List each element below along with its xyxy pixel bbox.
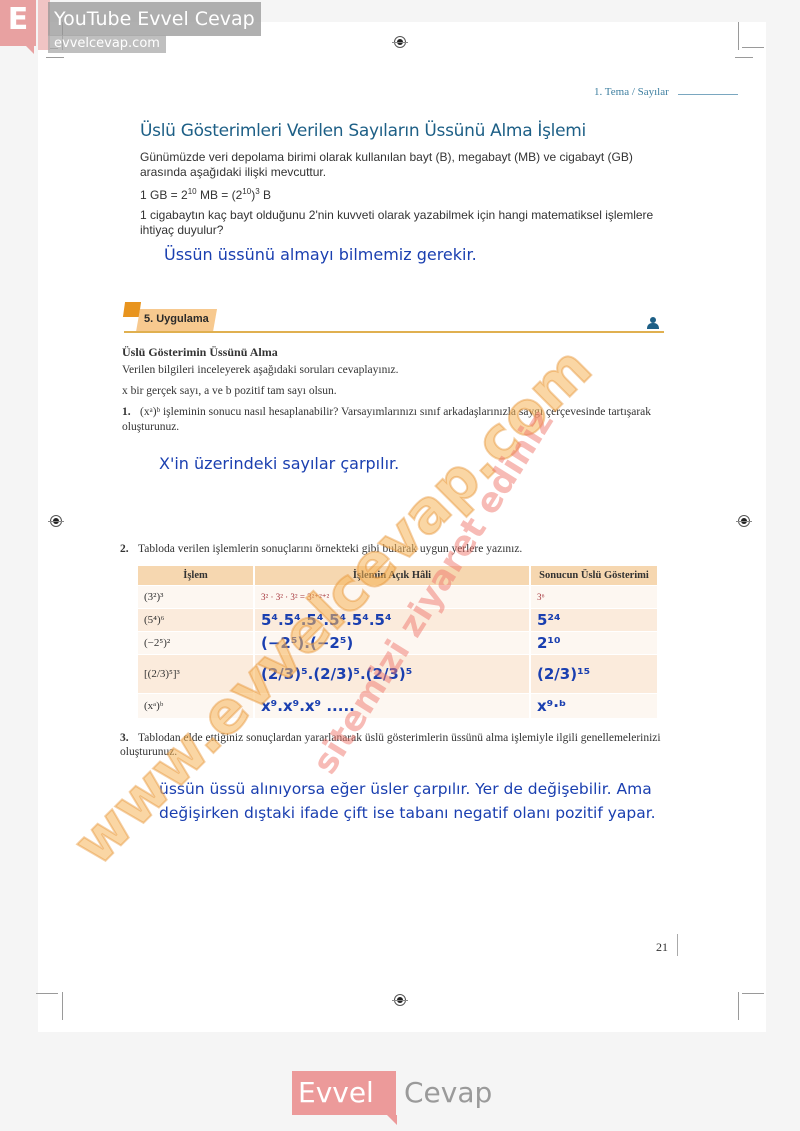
table-row: (xᵃ)ᵇ x⁹.x⁹.x⁹ ..... x⁹·ᵇ bbox=[138, 694, 657, 718]
formula-part: B bbox=[260, 188, 271, 202]
bottom-logo-cevap: Cevap bbox=[404, 1071, 492, 1115]
activity-subtitle: Üslü Gösterimin Üssünü Alma bbox=[122, 345, 278, 360]
theme-underline bbox=[678, 94, 738, 95]
registration-mark-icon bbox=[394, 36, 406, 48]
activity-divider bbox=[124, 331, 664, 333]
question-text: (xᵃ)ᵇ işleminin sonucu nasıl hesaplanabi… bbox=[122, 406, 651, 433]
watermark-channel: YouTube Evvel Cevap bbox=[48, 2, 261, 36]
question-number: 2. bbox=[120, 543, 138, 555]
question-number: 3. bbox=[120, 731, 138, 745]
crop-mark bbox=[742, 47, 764, 48]
column-header: Sonucun Üslü Gösterimi bbox=[531, 566, 657, 585]
question-number: 1. bbox=[122, 405, 140, 420]
crop-mark bbox=[36, 993, 58, 994]
expanded-cell: (2/3)⁵.(2/3)⁵.(2/3)⁵ bbox=[255, 655, 529, 693]
result-cell: 3⁶ bbox=[531, 586, 657, 608]
column-header: İşlemin Açık Hâli bbox=[255, 566, 529, 585]
page-number: 21 bbox=[656, 940, 668, 955]
crop-mark bbox=[738, 22, 739, 50]
table-row: (−2⁵)² (−2⁵).(−2⁵) 2¹⁰ bbox=[138, 632, 657, 654]
watermark-logo: E bbox=[0, 0, 36, 46]
activity-label: 5. Uygulama bbox=[144, 313, 209, 325]
crop-mark bbox=[738, 992, 739, 1020]
bottom-logo-evvel: Evvel bbox=[292, 1071, 396, 1115]
section-title: Üslü Gösterimleri Verilen Sayıların Üssü… bbox=[140, 121, 586, 141]
question-3: 3.Tablodan elde ettiğiniz sonuçlardan ya… bbox=[120, 731, 665, 759]
crop-mark bbox=[742, 993, 764, 994]
theme-breadcrumb: 1. Tema / Sayılar bbox=[594, 86, 669, 98]
individual-work-icon bbox=[647, 317, 659, 329]
operation-cell: (xᵃ)ᵇ bbox=[138, 694, 253, 718]
expanded-cell: 5⁴.5⁴.5⁴.5⁴.5⁴.5⁴ bbox=[255, 609, 529, 631]
registration-mark-icon bbox=[50, 515, 62, 527]
formula-part: MB = (2 bbox=[197, 188, 243, 202]
formula-exponent: 10 bbox=[188, 187, 197, 196]
operations-table: İşlem İşlemin Açık Hâli Sonucun Üslü Gös… bbox=[136, 565, 659, 719]
result-cell: x⁹·ᵇ bbox=[531, 694, 657, 718]
registration-mark-icon bbox=[738, 515, 750, 527]
watermark-site: evvelcevap.com bbox=[48, 35, 166, 53]
question-text: Tablodan elde ettiğiniz sonuçlardan yara… bbox=[120, 732, 661, 758]
question-1-answer: X'in üzerindeki sayılar çarpılır. bbox=[159, 454, 399, 473]
crop-mark bbox=[735, 57, 753, 58]
operation-cell: [(2/3)⁵]³ bbox=[138, 655, 253, 693]
intro-answer: Üssün üssünü almayı bilmemiz gerekir. bbox=[164, 245, 477, 264]
page-number-divider bbox=[677, 934, 678, 956]
question-text: Tabloda verilen işlemlerin sonuçlarını ö… bbox=[138, 543, 522, 555]
result-cell: 5²⁴ bbox=[531, 609, 657, 631]
activity-assumption: x bir gerçek sayı, a ve b pozitif tam sa… bbox=[122, 385, 337, 397]
table-row: (3²)³ 3² · 3² · 3² = 3²⁺²⁺² 3⁶ bbox=[138, 586, 657, 608]
table-row: (5⁴)⁶ 5⁴.5⁴.5⁴.5⁴.5⁴.5⁴ 5²⁴ bbox=[138, 609, 657, 631]
question-2: 2.Tabloda verilen işlemlerin sonuçlarını… bbox=[120, 543, 522, 555]
question-3-answer: üssün üssü alınıyorsa eğer üsler çarpılı… bbox=[159, 777, 679, 825]
question-1: 1.(xᵃ)ᵇ işleminin sonucu nasıl hesaplana… bbox=[122, 405, 667, 435]
operation-cell: (5⁴)⁶ bbox=[138, 609, 253, 631]
registration-mark-icon bbox=[394, 994, 406, 1006]
operation-cell: (3²)³ bbox=[138, 586, 253, 608]
table-row: [(2/3)⁵]³ (2/3)⁵.(2/3)⁵.(2/3)⁵ (2/3)¹⁵ bbox=[138, 655, 657, 693]
operation-cell: (−2⁵)² bbox=[138, 632, 253, 654]
intro-formula: 1 GB = 210 MB = (210)3 B bbox=[140, 184, 271, 203]
result-cell: (2/3)¹⁵ bbox=[531, 655, 657, 693]
expanded-cell: 3² · 3² · 3² = 3²⁺²⁺² bbox=[255, 586, 529, 608]
activity-instruction: Verilen bilgileri inceleyerek aşağıdaki … bbox=[122, 364, 399, 376]
intro-paragraph: Günümüzde veri depolama birimi olarak ku… bbox=[140, 150, 680, 180]
crop-mark bbox=[46, 57, 64, 58]
result-cell: 2¹⁰ bbox=[531, 632, 657, 654]
formula-exponent: 10 bbox=[242, 187, 251, 196]
expanded-cell: (−2⁵).(−2⁵) bbox=[255, 632, 529, 654]
column-header: İşlem bbox=[138, 566, 253, 585]
expanded-cell: x⁹.x⁹.x⁹ ..... bbox=[255, 694, 529, 718]
formula-part: 1 GB = 2 bbox=[140, 188, 188, 202]
crop-mark bbox=[62, 992, 63, 1020]
intro-question: 1 cigabaytın kaç bayt olduğunu 2'nin kuv… bbox=[140, 208, 680, 238]
